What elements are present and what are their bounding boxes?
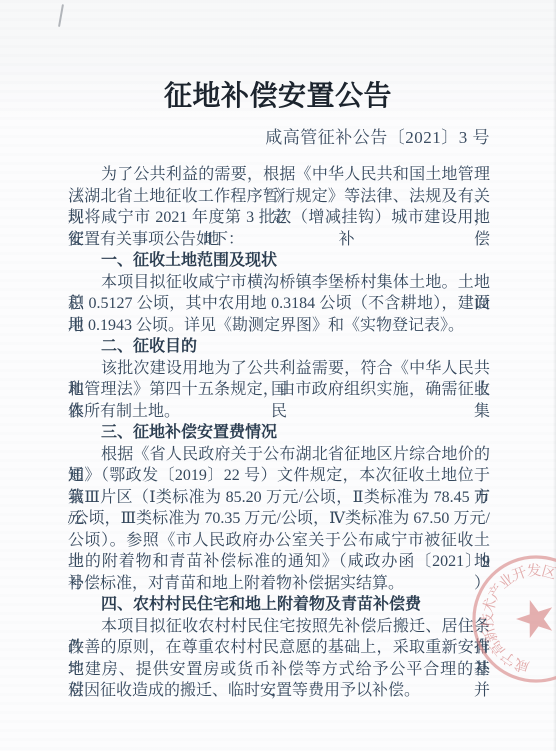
document-text-line: 《湖北省土地征收工作程序暂行规定》等法律、法规及有关规定，	[68, 186, 490, 208]
section-heading-line: 四、农村村民住宅和地上附着物及青苗补偿费	[68, 594, 490, 616]
scan-scratch-artifact	[58, 4, 63, 27]
document-text-line: 为了公共利益的需要，根据《中华人民共和国土地管理法》、	[68, 164, 490, 186]
document-text-line: 上的附着物和青苗补偿标准的通知》（咸政办函〔2021〕9 号）	[68, 551, 490, 573]
document-number: 咸高管征补公告〔2021〕3 号	[265, 123, 490, 148]
document-text-line: 公顷）。参照《市人民政府办公室关于公布咸宁市被征收土地地	[68, 530, 490, 552]
document-text-line: 地管理法》第四十五条规定，由市政府组织实施，确需征收农民集	[68, 379, 490, 401]
seal-arc-character: 咸	[512, 655, 531, 676]
document-text-line: 地 0.1943 公顷。详见《勘测定界图》和《实物登记表》。	[68, 315, 490, 337]
seal-arc-character: 宁	[498, 647, 520, 669]
document-text-line: /公顷，Ⅲ类标准为 70.35 万元/公顷，Ⅳ类标准为 67.50 万元/	[68, 508, 490, 530]
section-heading-line: 一、征收土地范围及现状	[68, 250, 490, 272]
section-heading-line: 三、征地补偿安置费情况	[68, 422, 490, 444]
document-text-line: 第Ⅲ片区（Ⅰ类标准为 85.20 万元/公顷，Ⅱ类标准为 78.45 万元	[68, 487, 490, 509]
document-title: 征地补偿安置公告	[0, 74, 556, 114]
document-text-line: 地建房、提供安置房或货币补偿等方式给予公平合理的补偿，并	[68, 659, 490, 681]
seal-arc-character: 开	[510, 563, 530, 584]
document-text-line: 该批次建设用地为了公共利益需要，符合《中华人民共和国土	[68, 358, 490, 380]
document-body: 为了公共利益的需要，根据《中华人民共和国土地管理法》、《湖北省土地征收工作程序暂…	[68, 164, 490, 702]
document-text-line: 积 0.5127 公顷，其中农用地 0.3184 公顷（不含耕地），建设用	[68, 293, 490, 315]
document-text-line: 现将咸宁市 2021 年度第 3 批次（增减挂钩）城市建设用地征地补偿	[68, 207, 490, 229]
seal-arc-character: 发	[527, 562, 542, 580]
document-text-line: 本项目拟征收农村村民住宅按照先补偿后搬迁、居住条件有	[68, 616, 490, 638]
document-text-line: 改善的原则，在尊重农村村民意愿的基础上，采取重新安排宅基	[68, 637, 490, 659]
document-text-line: 根据《省人民政府关于公布湖北省征地区片综合地价的通	[68, 444, 490, 466]
section-heading-line: 二、征收目的	[68, 336, 490, 358]
seal-arc-character: 业	[496, 570, 518, 593]
star-icon	[512, 594, 556, 640]
announcement-document-page: 征地补偿安置公告 咸高管征补公告〔2021〕3 号 为了公共利益的需要，根据《中…	[0, 0, 556, 751]
document-text-line: 知》（鄂政发〔2019〕22 号）文件规定，本次征收土地位于我市	[68, 465, 490, 487]
document-text-line: 本项目拟征收咸宁市横沟桥镇李堡桥村集体土地。土地总面	[68, 272, 490, 294]
